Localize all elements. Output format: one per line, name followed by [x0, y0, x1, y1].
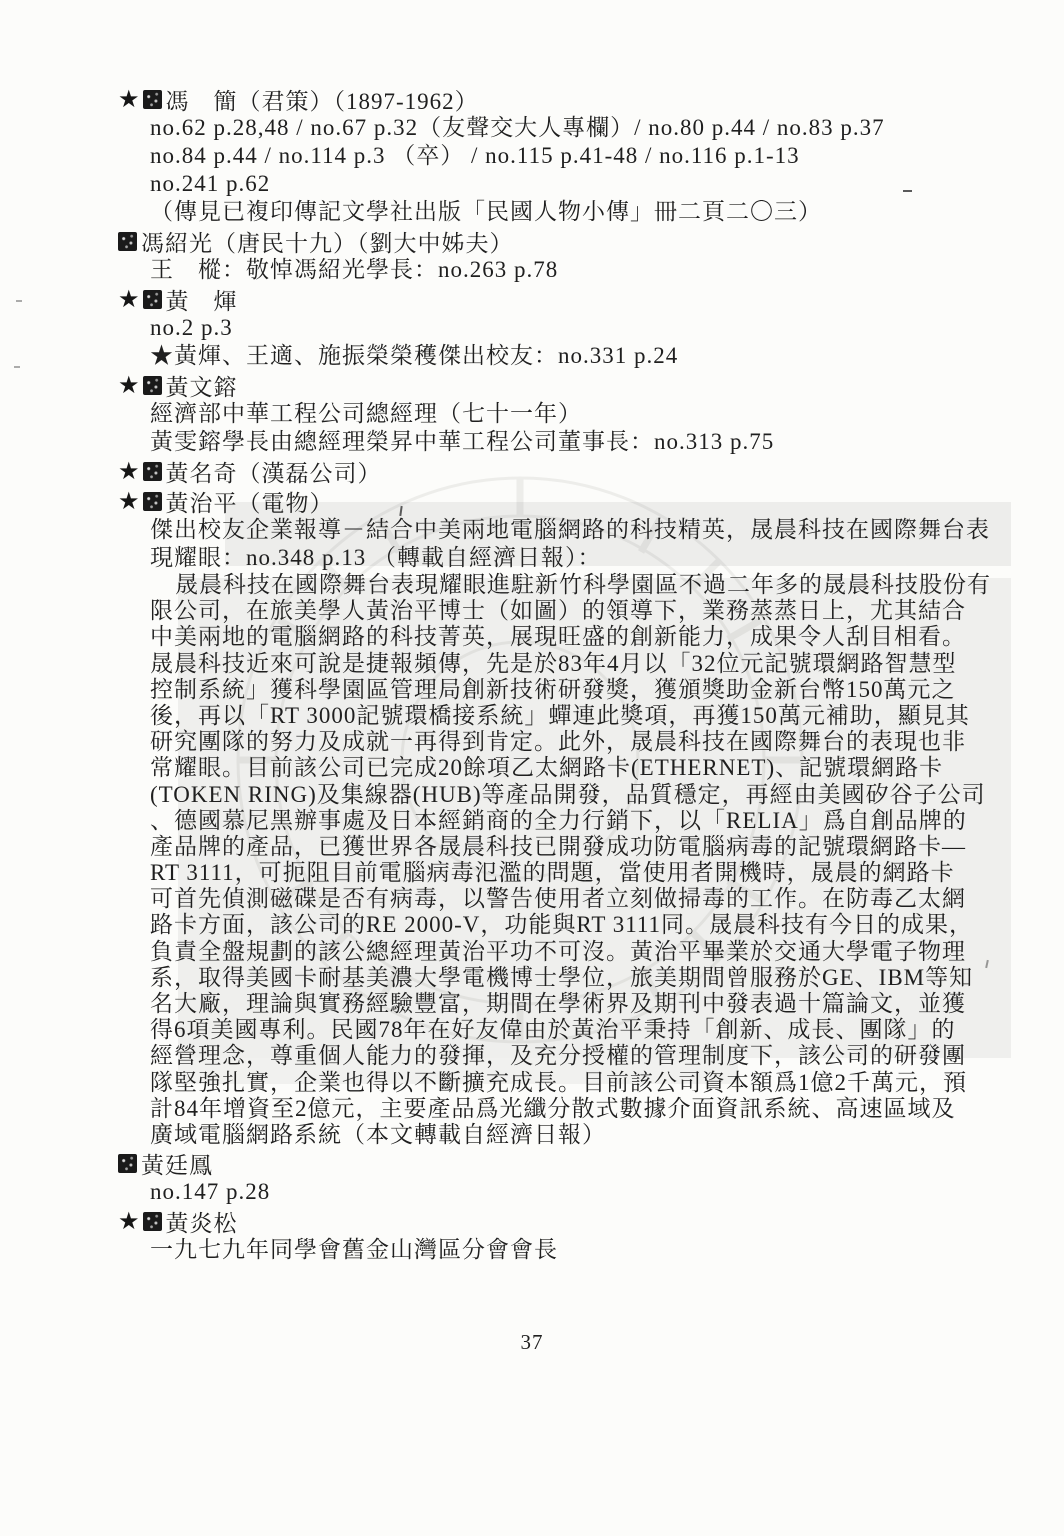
entry-row: ★ 黃治平（電物）	[118, 486, 1024, 516]
entry-name: 馮紹光（唐民十九）（劉大中姊夫）	[141, 225, 514, 258]
article-line: 名大廠，理論與實務經驗豐富，期間在學術界及期刊中發表過十篇論文，並獲	[150, 991, 1024, 1017]
article-line: 路卡方面，該公司的RE 2000-V，功能與RT 3111同。晟晨科技有今日的成…	[150, 912, 1024, 938]
entry-line: ★黃煇、王適、施振榮榮穫傑出校友：no.331 p.24	[150, 342, 1024, 370]
article-line: 控制系統」獲科學園區管理局創新技術研發獎，獲頒獎助金新台幣150萬元之	[150, 677, 1024, 703]
article-line: 研究團隊的努力及成就一再得到肯定。此外，晟晨科技在國際舞台的表現也非	[150, 729, 1024, 755]
entry-row: 馮紹光（唐民十九）（劉大中姊夫）	[118, 226, 1024, 256]
scan-speck	[16, 300, 22, 302]
star-icon: ★	[118, 87, 141, 111]
entry-line: no.2 p.3	[150, 314, 1024, 342]
seal-stamp-icon	[143, 492, 162, 511]
entry-line: （傳見已複印傳記文學社出版「民國人物小傳」冊二頁二〇三）	[150, 198, 1024, 226]
page-number: 37	[0, 1330, 1064, 1355]
seal-stamp-icon	[143, 376, 162, 395]
article-line: 產品牌的產品，已獲世界各晟晨科技已開發成功防電腦病毒的記號環網路卡—	[150, 834, 1024, 860]
entry-line: 王 樅：敬悼馮紹光學長：no.263 p.78	[150, 256, 1024, 284]
article-line: 中美兩地的電腦網路的科技菁英，展現旺盛的創新能力，成果令人刮目相看。	[150, 624, 1024, 650]
article-line: 系，取得美國卡耐基美濃大學電機博士學位，旅美期間曾服務於GE、IBM等知	[150, 965, 1024, 991]
star-icon: ★	[118, 459, 141, 483]
article-line: RT 3111，可扼阻目前電腦病毒氾濫的問題，當使用者開機時，晟晨的網路卡	[150, 860, 1024, 886]
article-line: 經營理念，尊重個人能力的發揮，及充分授權的管理制度下，該公司的研發團	[150, 1043, 1024, 1069]
entry-line: 現耀眼：no.348 p.13 （轉載自經濟日報）：	[150, 544, 1024, 572]
article-line: 常耀眼。目前該公司已完成20餘項乙太網路卡(ETHERNET)、記號環網路卡	[150, 755, 1024, 781]
entry-line: no.241 p.62	[150, 170, 1024, 198]
entry-name: 黃廷鳳	[141, 1147, 213, 1180]
entry-line: 傑出校友企業報導－結合中美兩地電腦網路的科技精英，晟晨科技在國際舞台表	[150, 516, 1024, 544]
star-icon: ★	[118, 1209, 141, 1233]
entry-row: ★ 黃文鎔	[118, 370, 1024, 400]
entry-name: 黃炎松	[166, 1205, 238, 1238]
entry-row: ★ 黃 煇	[118, 284, 1024, 314]
article-line: 、德國慕尼黑辦事處及日本經銷商的全力行銷下，以「RELIA」爲自創品牌的	[150, 808, 1024, 834]
article-line: 晟晨科技近來可說是捷報頻傳，先是於83年4月以「32位元記號環網路智慧型	[150, 651, 1024, 677]
entry-name: 馮 簡（君策）（1897-1962）	[166, 83, 479, 116]
article-line: (TOKEN RING)及集線器(HUB)等產品開發，品質穩定，再經由美國矽谷子…	[150, 782, 1024, 808]
entry-row: ★ 黃炎松	[118, 1206, 1024, 1236]
article-line: 可首先偵測磁碟是否有病毒，以警告使用者立刻做掃毒的工作。在防毒乙太網	[150, 886, 1024, 912]
entry-line: 經濟部中華工程公司總經理（七十一年）	[150, 400, 1024, 428]
star-icon: ★	[118, 489, 141, 513]
star-icon: ★	[118, 373, 141, 397]
entry-name: 黃名奇（漢磊公司）	[166, 455, 382, 488]
article-line: 限公司，在旅美學人黃治平博士（如圖）的領導下，業務蒸蒸日上，尤其結合	[150, 598, 1024, 624]
article-line: 得6項美國專利。民國78年在好友偉由於黃治平秉持「創新、成長、團隊」的	[150, 1017, 1024, 1043]
entry-line: no.147 p.28	[150, 1178, 1024, 1206]
article-line: 隊堅強扎實，企業也得以不斷擴充成長。目前該公司資本額爲1億2千萬元，預	[150, 1070, 1024, 1096]
seal-stamp-icon	[143, 1212, 162, 1231]
seal-stamp-icon	[143, 290, 162, 309]
entry-name: 黃治平（電物）	[166, 485, 334, 518]
entry-name: 黃 煇	[166, 283, 238, 316]
article-line: 後，再以「RT 3000記號環橋接系統」蟬連此獎項，再獲150萬元補助，顯見其	[150, 703, 1024, 729]
article-line: 廣域電腦網路系統（本文轉載自經濟日報）	[150, 1122, 1024, 1148]
scan-speck	[14, 366, 20, 368]
entry-line: 黃雯鎔學長由總經理榮昇中華工程公司董事長：no.313 p.75	[150, 428, 1024, 456]
entry-row: 黃廷鳳	[118, 1148, 1024, 1178]
index-content: ★ 馮 簡（君策）（1897-1962） no.62 p.28,48 / no.…	[118, 84, 1024, 1264]
star-icon: ★	[118, 287, 141, 311]
seal-stamp-icon	[118, 232, 137, 251]
seal-stamp-icon	[143, 462, 162, 481]
entry-row: ★ 馮 簡（君策）（1897-1962）	[118, 84, 1024, 114]
entry-line: no.84 p.44 / no.114 p.3 （卒） / no.115 p.4…	[150, 142, 1024, 170]
article-line: 負責全盤規劃的該公總經理黃治平功不可沒。黃治平畢業於交通大學電子物理	[150, 939, 1024, 965]
scanned-document-page: ★ 馮 簡（君策）（1897-1962） no.62 p.28,48 / no.…	[0, 0, 1064, 1536]
article-line: 計84年增資至2億元，主要產品爲光纖分散式數據介面資訊系統、高速區域及	[150, 1096, 1024, 1122]
entry-line: 一九七九年同學會舊金山灣區分會會長	[150, 1236, 1024, 1264]
seal-stamp-icon	[143, 90, 162, 109]
article-line: 晟晨科技在國際舞台表現耀眼進駐新竹科學園區不過二年多的晟晨科技股份有	[150, 572, 1024, 598]
entry-line: no.62 p.28,48 / no.67 p.32（友聲交大人專欄）/ no.…	[150, 114, 1024, 142]
entry-name: 黃文鎔	[166, 369, 238, 402]
entry-row: ★ 黃名奇（漢磊公司）	[118, 456, 1024, 486]
seal-stamp-icon	[118, 1154, 137, 1173]
